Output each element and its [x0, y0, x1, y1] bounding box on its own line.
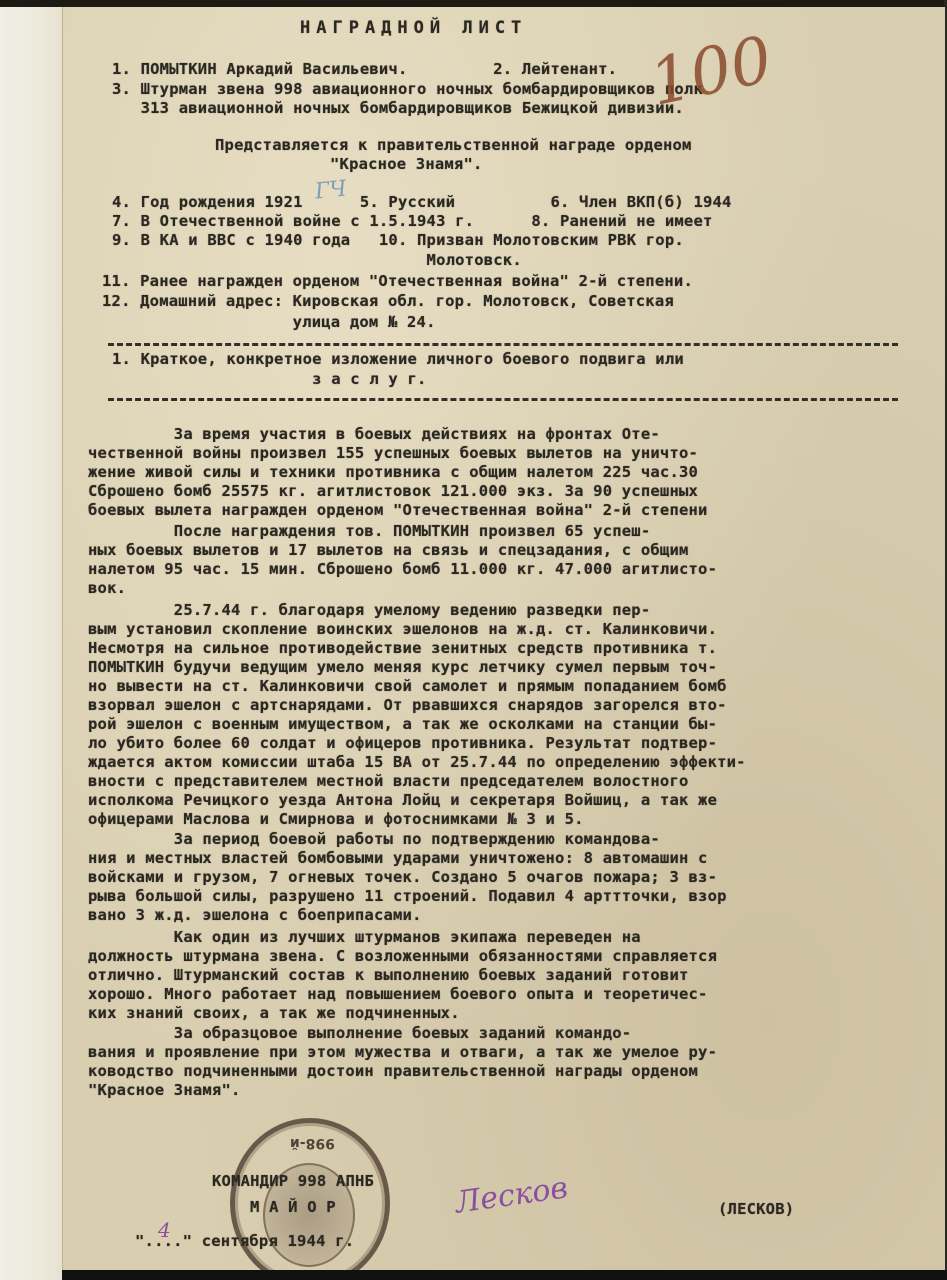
body-line: взорвал эшелон с артснарядами. От рвавши… [88, 696, 727, 714]
document-title: НАГРАДНОЙ ЛИСТ [300, 18, 527, 38]
body-line: хорошо. Много работает над повышением бо… [88, 985, 708, 1003]
personal-line-4: 4. Год рождения 1921 5. Русский 6. Член … [112, 193, 732, 211]
body-line: налетом 95 час. 15 мин. Сброшено бомб 11… [88, 560, 717, 578]
body-line: жение живой силы и техники противника с … [88, 463, 698, 481]
body-line: За период боевой работы по подтверждению… [88, 830, 660, 848]
body-line: 25.7.44 г. благодаря умелому ведению раз… [88, 601, 650, 619]
header-line-position: 3. Штурман звена 998 авиационного ночных… [112, 80, 703, 98]
section-heading: 1. Краткое, конкретное изложение личного… [112, 350, 684, 368]
body-line: чественной войны произвел 155 успешных б… [88, 444, 698, 462]
body-line: вым установил скопление воинских эшелоно… [88, 620, 717, 638]
personal-line-11: 11. Ранее награжден орденом "Отечественн… [102, 272, 693, 290]
header-line-name: 1. ПОМЫТКИН Аркадий Васильевич. 2. Лейте… [112, 60, 617, 78]
body-line: но вывести на ст. Калинковичи свой самол… [88, 677, 727, 695]
commander-title: КОМАНДИР 998 АПНБ [212, 1172, 374, 1190]
personal-line-12-cont: улица дом № 24. [102, 313, 436, 331]
body-line: ло убито более 60 солдат и офицеров прот… [88, 734, 717, 752]
body-line: После награждения тов. ПОМЫТКИН произвел… [88, 522, 650, 540]
body-line: вано 3 ж.д. эшелона с боеприпасами. [88, 906, 422, 924]
scan-top-border [0, 0, 947, 7]
commander-name: (ЛЕСКОВ) [718, 1200, 794, 1218]
body-line: Несмотря на сильное противодействие зени… [88, 639, 717, 657]
header-line-division: 313 авиационной ночных бомбардировщиков … [112, 99, 684, 117]
body-line: ния и местных властей бомбовыми ударами … [88, 849, 708, 867]
commander-rank: М А Й О Р [250, 1198, 336, 1216]
scan-bottom-border [62, 1270, 947, 1280]
body-line: отлично. Штурманский состав к выполнению… [88, 966, 689, 984]
body-line: исполкома Речицкого уезда Антона Лойц и … [88, 791, 717, 809]
personal-line-10-cont: Молотовск. [112, 251, 522, 269]
body-line: ПОМЫТКИН будучи ведущим умело меняя курс… [88, 658, 717, 676]
body-line: ких знаний своих, а так же подчиненных. [88, 1004, 460, 1022]
personal-line-9: 9. В КА и ВВС с 1940 года 10. Призван Мо… [112, 231, 684, 249]
dashed-divider-top [108, 343, 898, 346]
body-line: Как один из лучших штурманов экипажа пер… [88, 928, 641, 946]
body-line: боевых вылета награжден орденом "Отечест… [88, 501, 708, 519]
section-heading-cont: з а с л у г. [112, 370, 427, 388]
personal-line-7: 7. В Отечественной войне с 1.5.1943 г. 8… [112, 212, 713, 230]
body-line: войсками и грузом, 7 огневых точек. Созд… [88, 868, 717, 886]
scan-left-margin [0, 7, 62, 1280]
body-line: За образцовое выполнение боевых заданий … [88, 1024, 631, 1042]
stamp-number: 998-й [290, 1135, 335, 1151]
presentation-line: Представляется к правительственной награ… [215, 136, 692, 154]
body-line: офицерами Маслова и Смирнова и фотоснимк… [88, 810, 584, 828]
body-line: ных боевых вылетов и 17 вылетов на связь… [88, 541, 689, 559]
personal-line-12: 12. Домашний адрес: Кировская обл. гор. … [102, 292, 674, 310]
body-line: вок. [88, 579, 126, 597]
body-line: рыва большой силы, разрушено 11 строений… [88, 887, 727, 905]
body-line: вности с представителем местной власти п… [88, 772, 689, 790]
dashed-divider-bottom [108, 398, 898, 401]
body-line: "Красное Знамя". [88, 1081, 241, 1099]
body-line: вания и проявление при этом мужества и о… [88, 1043, 717, 1061]
handwritten-day: 4 [158, 1218, 171, 1242]
body-line: ководство подчиненными достоин правитель… [88, 1062, 698, 1080]
body-line: должность штурмана звена. С возложенными… [88, 947, 717, 965]
body-line: Сброшено бомб 25575 кг. агитлистовок 121… [88, 482, 698, 500]
body-line: ждается актом комиссии штаба 15 ВА от 25… [88, 753, 746, 771]
presentation-award: "Красное Знамя". [330, 155, 483, 173]
body-line: За время участия в боевых действиях на ф… [88, 425, 660, 443]
body-line: рой эшелон с военным имуществом, а так ж… [88, 715, 717, 733]
